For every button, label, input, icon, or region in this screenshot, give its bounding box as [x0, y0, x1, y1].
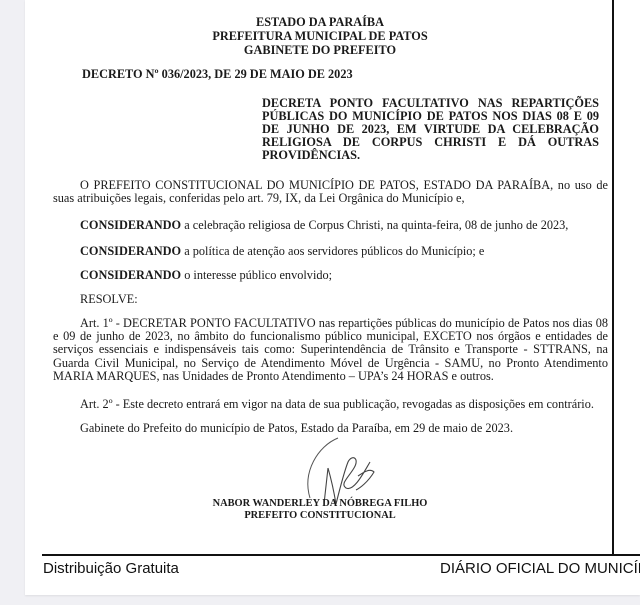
considerando-3: CONSIDERANDO o interesse público envolvi… [53, 269, 608, 282]
resolve-label: RESOLVE: [53, 293, 608, 306]
header-state: ESTADO DA PARAÍBA [0, 15, 640, 29]
signatory-name: NABOR WANDERLEY DA NÓBREGA FILHO [0, 498, 640, 510]
considerando-2: CONSIDERANDO a política de atenção aos s… [53, 245, 608, 258]
preamble-paragraph: O PREFEITO CONSTITUCIONAL DO MUNICÍPIO D… [53, 179, 608, 205]
article-2: Art. 2º - Este decreto entrará em vigor … [53, 398, 608, 411]
header-prefecture: PREFEITURA MUNICIPAL DE PATOS [0, 29, 640, 43]
considerando-label: CONSIDERANDO [80, 244, 181, 258]
footer-distribution: Distribuição Gratuita [43, 560, 179, 577]
considerando-1: CONSIDERANDO a celebração religiosa de C… [53, 219, 608, 232]
document-header: ESTADO DA PARAÍBA PREFEITURA MUNICIPAL D… [0, 15, 640, 57]
page-border-line [612, 0, 614, 554]
signatory-role: PREFEITO CONSTITUCIONAL [0, 510, 640, 522]
footer-gazette-title: DIÁRIO OFICIAL DO MUNICÍPIO [440, 560, 640, 577]
decree-ementa: DECRETA PONTO FACULTATIVO NAS REPARTIÇÕE… [262, 97, 599, 162]
decree-title: DECRETO Nº 036/2023, DE 29 DE MAIO DE 20… [82, 67, 353, 82]
considerando-label: CONSIDERANDO [80, 218, 181, 232]
footer-divider [42, 554, 640, 556]
header-cabinet: GABINETE DO PREFEITO [0, 43, 640, 57]
signature-block: NABOR WANDERLEY DA NÓBREGA FILHO PREFEIT… [0, 498, 640, 522]
article-1: Art. 1º - DECRETAR PONTO FACULTATIVO nas… [53, 317, 608, 383]
considerando-label: CONSIDERANDO [80, 268, 181, 282]
